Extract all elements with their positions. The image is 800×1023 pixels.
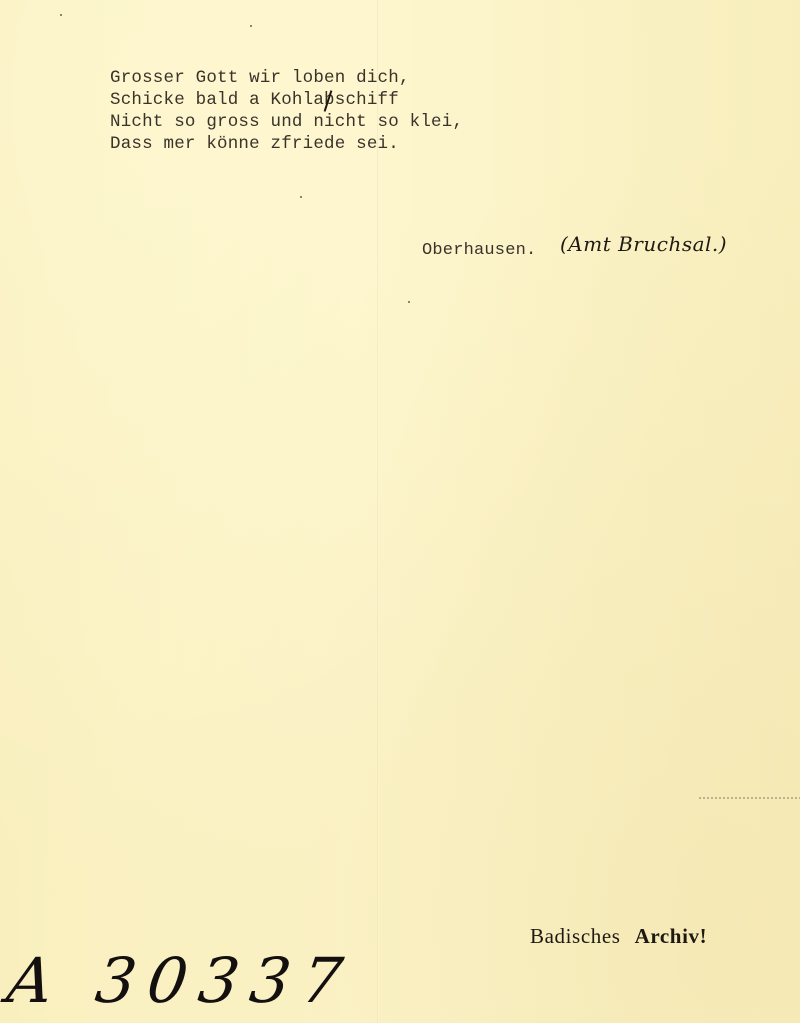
stamp-word-2: Archiv! xyxy=(635,924,708,948)
poem-line-2: Schicke bald a Kohlabschiff xyxy=(110,89,463,111)
poem-text: Grosser Gott wir loben dich, Schicke bal… xyxy=(110,67,463,155)
poem-line-2-start: Schicke bald a Kohla xyxy=(110,90,324,110)
inventory-number: A 30337 xyxy=(3,944,359,1017)
paper-speck xyxy=(250,25,252,27)
poem-line-1: Grosser Gott wir loben dich, xyxy=(110,67,463,89)
stamp-word-1: Badisches xyxy=(530,924,621,948)
paper-speck xyxy=(300,196,302,198)
poem-line-4: Dass mer könne zfriede sei. xyxy=(110,133,463,155)
poem-line-2-end: schiff xyxy=(335,90,399,110)
location-typed: Oberhausen. xyxy=(422,241,536,260)
archive-stamp: BadischesArchiv! xyxy=(530,924,707,949)
dotted-mark xyxy=(698,797,800,799)
paper-speck xyxy=(408,301,410,303)
poem-line-3: Nicht so gross und nicht so klei, xyxy=(110,111,463,133)
paper-speck xyxy=(60,14,62,16)
location-handwritten: (Amt Bruchsal.) xyxy=(560,232,727,256)
struck-character: b xyxy=(324,89,335,111)
